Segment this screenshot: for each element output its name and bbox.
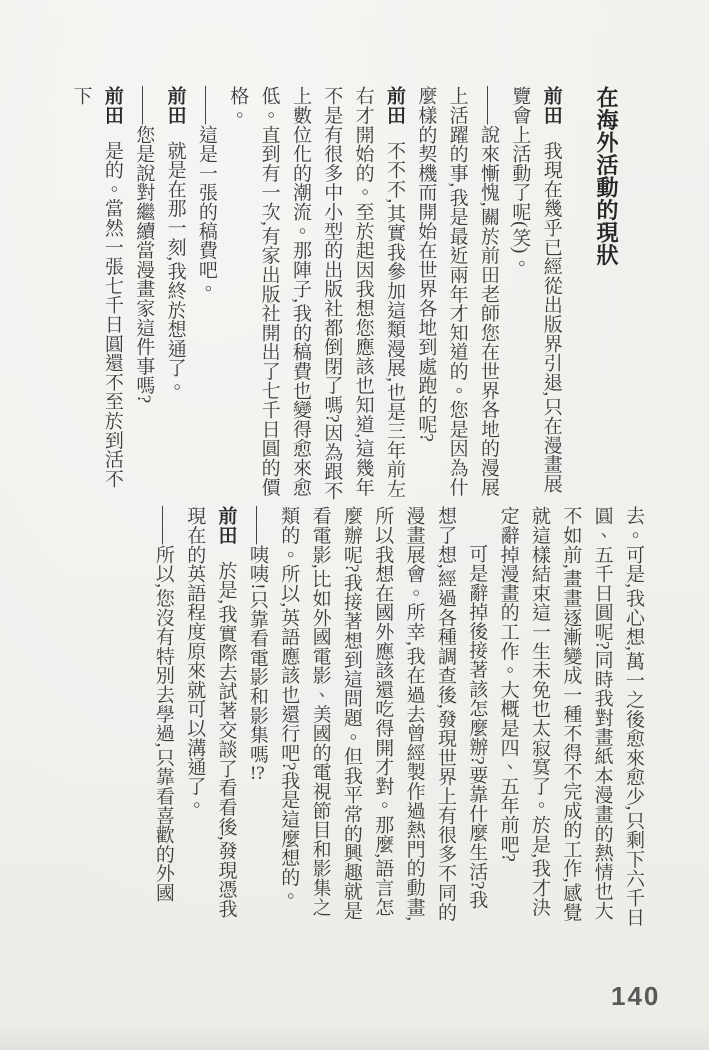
dialogue-text: 我現在幾乎已經從出版界引退,只在漫畫展覽會上活動了呢(笑)。 bbox=[509, 86, 561, 493]
dialogue-maeda-continued: 可是辭掉後接著該怎麼辦?要靠什麼生活?我想了想,經過各種調查後,發現世界上有很多… bbox=[273, 506, 492, 927]
dialogue-text: 不不不,其實我參加這類漫展,也是三年前左右才開始的。至於起因我想您應該也知道,這… bbox=[227, 86, 405, 500]
dialogue-continuation: 去。可是,我心想,萬一之後愈來愈少,只剩下六千日圓、五千日圓呢?同時我對畫紙本漫… bbox=[492, 506, 649, 927]
speaker-label: 前田 bbox=[216, 506, 237, 545]
speaker-label: 前田 bbox=[541, 86, 562, 125]
dialogue-text: 就是在那一刻,我終於想通了。 bbox=[165, 141, 186, 397]
book-page: 在海外活動的現狀 前田我現在幾乎已經從出版界引退,只在漫畫展覽會上活動了呢(笑)… bbox=[0, 0, 709, 1050]
dialogue-maeda: 前田我現在幾乎已經從出版界引退,只在漫畫展覽會上活動了呢(笑)。 bbox=[504, 86, 567, 506]
dialogue-maeda: 前田不不不,其實我參加這類漫展,也是三年前左右才開始的。至於起因我想您應該也知道… bbox=[222, 86, 410, 506]
dialogue-interviewer: ——所以,您沒有特別去學過,只靠看喜歡的外國 bbox=[148, 506, 179, 927]
dialogue-text: 是的。當然一張七千日圓還不至於到活不下 bbox=[71, 86, 123, 488]
speaker-label: 前田 bbox=[384, 86, 405, 125]
dialogue-interviewer: ——咦咦!只靠看電影和影集嗎!? bbox=[242, 506, 273, 927]
dialogue-interviewer: ——說來慚愧,關於前田老師您在世界各地的漫展上活躍的事,我是最近兩年才知道的。您… bbox=[410, 86, 504, 506]
speaker-label: 前田 bbox=[165, 86, 186, 125]
exclamation-question-mark: !? bbox=[247, 764, 268, 783]
dialogue-interviewer: ——您是說對繼續當漫畫家這件事嗎? bbox=[128, 86, 159, 506]
dialogue-maeda: 前田於是,我實際去試著交談了看看後,發現憑我現在的英語程度原來就可以溝通了。 bbox=[179, 506, 242, 927]
dialogue-text: ——咦咦!只靠看電影和影集嗎 bbox=[247, 506, 268, 764]
top-text-block: 在海外活動的現狀 前田我現在幾乎已經從出版界引退,只在漫畫展覽會上活動了呢(笑)… bbox=[65, 86, 619, 506]
dialogue-maeda: 前田是的。當然一張七千日圓還不至於到活不下 bbox=[65, 86, 128, 506]
bottom-text-block: 去。可是,我心想,萬一之後愈來愈少,只剩下六千日圓、五千日圓呢?同時我對畫紙本漫… bbox=[148, 506, 650, 927]
page-number: 140 bbox=[611, 983, 660, 1009]
section-title: 在海外活動的現狀 bbox=[594, 86, 619, 506]
dialogue-interviewer: ——這是一張的稿費吧。 bbox=[191, 86, 222, 506]
dialogue-text: 於是,我實際去試著交談了看看後,發現憑我現在的英語程度原來就可以溝通了。 bbox=[184, 506, 236, 918]
speaker-label: 前田 bbox=[102, 86, 123, 125]
dialogue-maeda: 前田就是在那一刻,我終於想通了。 bbox=[159, 86, 190, 506]
